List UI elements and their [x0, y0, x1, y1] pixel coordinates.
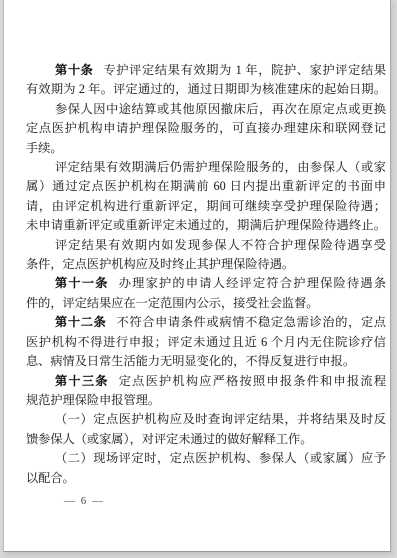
text-line: 定点医护机构申请护理保险服务的，可直接办理建床和联网登记 [26, 119, 386, 138]
line-text: 件的，评定结果应在一定范围内公示，接受社会监督。 [26, 296, 319, 310]
line-text: 馈参保人（或家属），对评定未通过的做好解释工作。 [26, 432, 312, 446]
line-text: 医护机构不得进行申报；评定未通过且近 6 个月内无住院诊疗信 [26, 335, 386, 349]
line-text: 专护评定结果有效期为 1 年，院护、家护评定结果 [104, 63, 386, 77]
line-text: 请，由评定机构进行重新评定，期间可继续享受护理保险待遇； [26, 199, 386, 213]
text-line: 第十一条办理家护的申请人经评定符合护理保险待遇条 [26, 274, 386, 293]
line-text: 定点医护机构应严格按照申报条件和申报流程 [119, 374, 386, 388]
text-line: 第十二条不符合申请条件或病情不稳定急需诊治的，定点 [26, 313, 386, 332]
line-text: 定点医护机构申请护理保险服务的，可直接办理建床和联网登记 [26, 121, 386, 135]
article-number: 第十条 [55, 63, 94, 77]
page-number: — 6 — [26, 494, 386, 508]
text-line: 第十条专护评定结果有效期为 1 年，院护、家护评定结果 [26, 61, 386, 80]
text-line: 评定结果有效期内如发现参保人不符合护理保险待遇享受 [26, 236, 386, 255]
line-text: 参保人因中途结算或其他原因撤床后，再次在原定点或更换 [55, 102, 386, 116]
scan-background: { "document": { "lines": [ {"bold": "第十条… [0, 0, 397, 558]
line-text: 属）通过定点医护机构在期满前 60 日内提出重新评定的书面申 [26, 179, 386, 193]
line-text: 办理家护的申请人经评定符合护理保险待遇条 [119, 276, 386, 290]
line-text: 未申请重新评定或重新评定未通过的，期满后护理保险待遇终止。 [26, 218, 386, 232]
text-line: 规范护理保险申报管理。 [26, 391, 386, 410]
line-text: 评定结果有效期内如发现参保人不符合护理保险待遇享受 [55, 238, 386, 252]
text-line: 评定结果有效期满后仍需护理保险服务的，由参保人（或家 [26, 158, 386, 177]
article-number: 第十二条 [55, 315, 106, 329]
text-line: 医护机构不得进行申报；评定未通过且近 6 个月内无住院诊疗信 [26, 333, 386, 352]
line-text: 规范护理保险申报管理。 [26, 393, 160, 407]
document-text: 第十条专护评定结果有效期为 1 年，院护、家护评定结果 有效期为 2 年。评定通… [26, 61, 386, 508]
line-text: 不符合申请条件或病情不稳定急需诊治的，定点 [116, 315, 386, 329]
text-line: 手续。 [26, 139, 386, 158]
text-line: （二）现场评定时，定点医护机构、参保人（或家属）应予 [26, 449, 386, 468]
text-line: 参保人因中途结算或其他原因撤床后，再次在原定点或更换 [26, 100, 386, 119]
text-line: 以配合。 [26, 469, 386, 488]
article-number: 第十一条 [55, 276, 109, 290]
text-line: 条件，定点医护机构应及时终止其护理保险待遇。 [26, 255, 386, 274]
text-line: 请，由评定机构进行重新评定，期间可继续享受护理保险待遇； [26, 197, 386, 216]
text-line: 件的，评定结果应在一定范围内公示，接受社会监督。 [26, 294, 386, 313]
line-text: （二）现场评定时，定点医护机构、参保人（或家属）应予 [55, 451, 386, 465]
line-text: 有效期为 2 年。评定通过的，通过日期即为核准建床的起始日期。 [26, 82, 386, 96]
line-text: 条件，定点医护机构应及时终止其护理保险待遇。 [26, 257, 294, 271]
article-number: 第十三条 [55, 374, 109, 388]
text-line: 未申请重新评定或重新评定未通过的，期满后护理保险待遇终止。 [26, 216, 386, 235]
line-text: （一）定点医护机构应及时查询评定结果，并将结果及时反 [55, 412, 386, 426]
document-page: 第十条专护评定结果有效期为 1 年，院护、家护评定结果 有效期为 2 年。评定通… [3, 0, 391, 552]
line-text: 息、病情及日常生活能力无明显变化的，不得反复进行申报。 [26, 354, 355, 368]
text-line: 第十三条定点医护机构应严格按照申报条件和申报流程 [26, 372, 386, 391]
text-line: 属）通过定点医护机构在期满前 60 日内提出重新评定的书面申 [26, 177, 386, 196]
line-text: 手续。 [26, 141, 63, 155]
text-line: 馈参保人（或家属），对评定未通过的做好解释工作。 [26, 430, 386, 449]
text-line: 有效期为 2 年。评定通过的，通过日期即为核准建床的起始日期。 [26, 80, 386, 99]
text-line: （一）定点医护机构应及时查询评定结果，并将结果及时反 [26, 410, 386, 429]
line-text: 以配合。 [26, 471, 75, 485]
text-line: 息、病情及日常生活能力无明显变化的，不得反复进行申报。 [26, 352, 386, 371]
line-text: 评定结果有效期满后仍需护理保险服务的，由参保人（或家 [55, 160, 386, 174]
